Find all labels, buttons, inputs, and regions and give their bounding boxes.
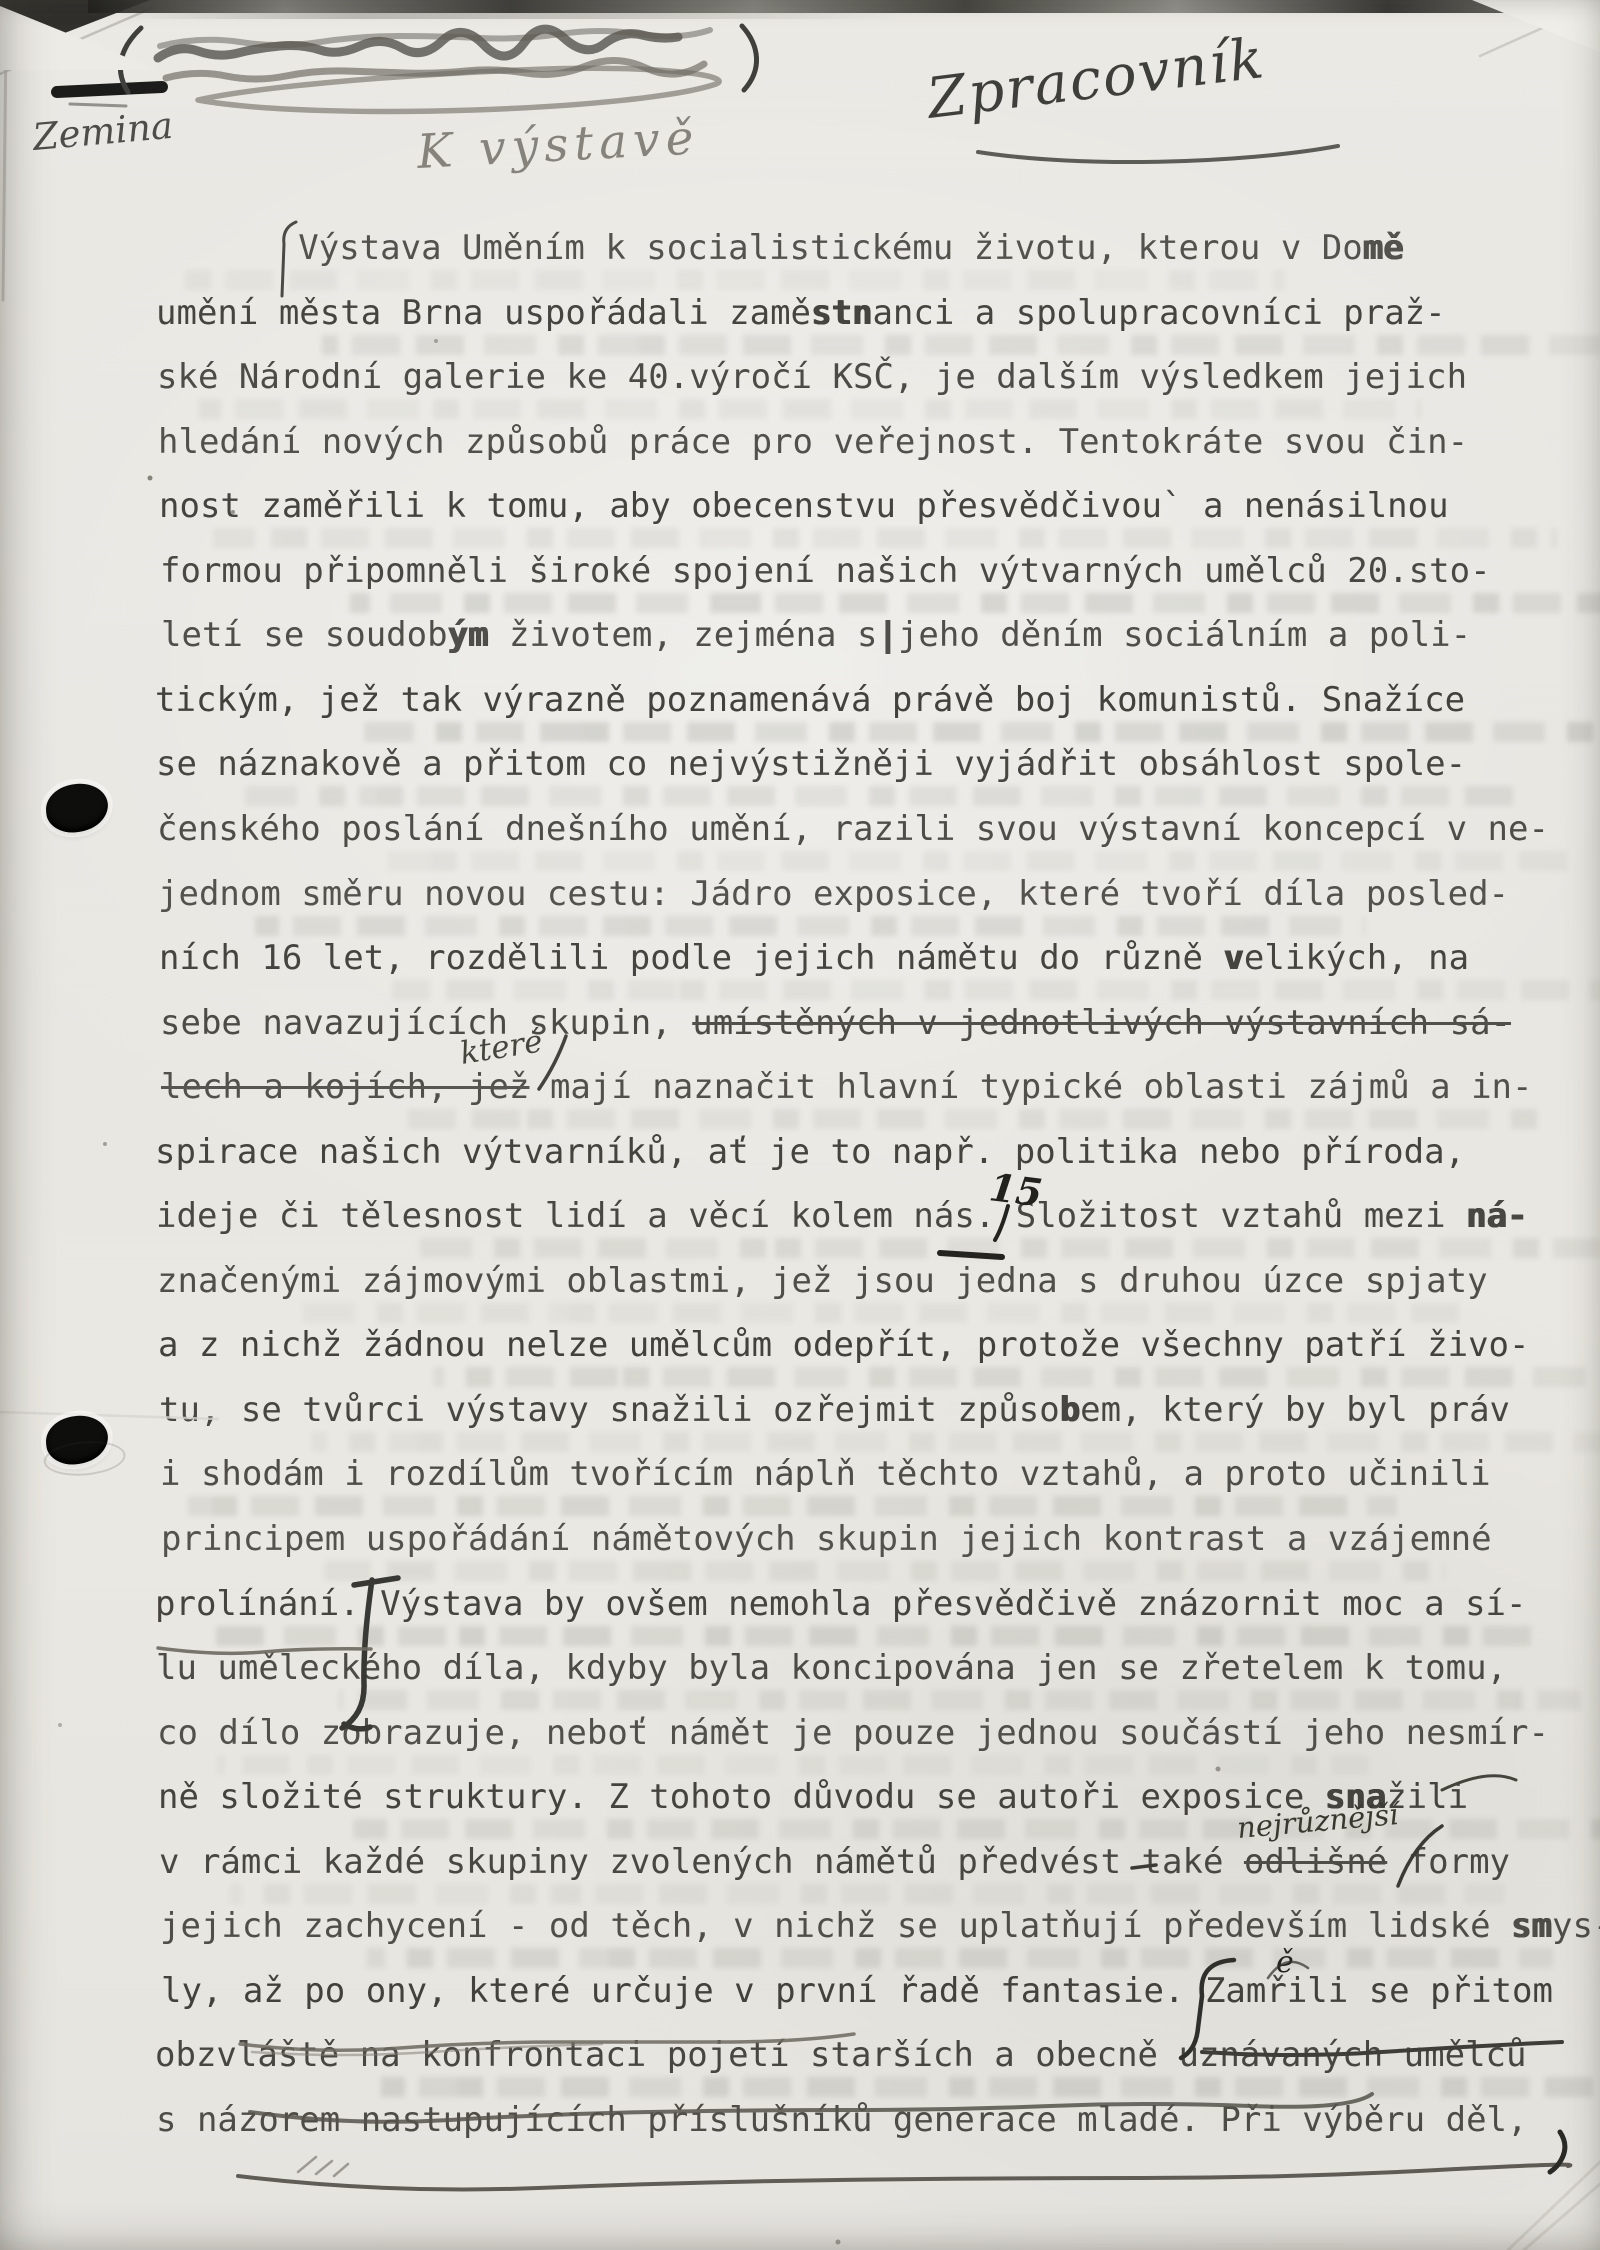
bleed-through-text	[185, 270, 1285, 290]
typescript-line: a z nichž žádnou nelze umělcům odepřít, …	[158, 1325, 1529, 1365]
bleed-through-text	[188, 1496, 1397, 1516]
typed-text: lu uměleckého díla, kdyby byla koncipová…	[156, 1648, 1507, 1688]
typed-text: a z nichž žádnou nelze umělcům odepřít, …	[158, 1325, 1529, 1365]
typescript-line: ních 16 let, rozdělili podle jejich námě…	[159, 938, 1469, 978]
bleed-through-text	[406, 1109, 1549, 1129]
typed-text: obzvláště na konfrontaci pojetí starších…	[155, 2035, 1526, 2075]
typed-text: spirace našich výtvarníků, ať je to např…	[155, 1132, 1465, 1172]
typescript-line: značenými zájmovými oblastmi, jež jsou j…	[157, 1261, 1488, 1301]
typescript-line: nost zaměřili k tomu, aby obecenstvu pře…	[159, 486, 1449, 526]
bleed-through-text	[216, 1755, 1369, 1775]
underline-hatch-ticks	[298, 2157, 348, 2176]
bleed-through-text	[364, 722, 1600, 742]
bleed-through-text	[392, 980, 1600, 1000]
bleed-through-text	[339, 1690, 1581, 1710]
bleed-through-text	[381, 2077, 1600, 2097]
scribbled-out-heading	[158, 29, 678, 58]
typescript-line: lech a kojích, jež mají naznačit hlavní …	[161, 1067, 1533, 1107]
paper-fold-top-left	[0, 6, 158, 70]
top-right-note-underline	[978, 146, 1338, 162]
overtyped-text: ná-	[1466, 1196, 1527, 1236]
typed-text: em, který by byl práv	[1080, 1390, 1510, 1430]
bleed-through-text	[378, 851, 1577, 871]
typescript-line: formou připomněli široké spojení našich …	[160, 551, 1491, 591]
overtyped-text: v	[1223, 938, 1243, 978]
bleed-through-text	[325, 1561, 1445, 1581]
typed-text: s názorem nastupujících příslušníků gene…	[156, 2100, 1527, 2140]
typescript-line: s názorem nastupujících příslušníků gene…	[156, 2100, 1527, 2140]
struck-text: lech a kojích, jež	[161, 1067, 529, 1107]
typescript-line: se náznakově a přitom co nejvýstižněji v…	[156, 744, 1466, 784]
typed-text: mají naznačit hlavní typické oblasti záj…	[529, 1067, 1532, 1107]
typed-text: i shodám i rozdílům tvořícím náplň těcht…	[160, 1454, 1491, 1494]
overtyped-text: |	[877, 615, 897, 655]
typed-text: žili	[1386, 1777, 1468, 1817]
bleed-through-text	[350, 593, 1600, 613]
typed-text: sebe navazujících skupin,	[160, 1003, 692, 1043]
underline-line30	[238, 2165, 1570, 2190]
punch-hole-bottom	[44, 1413, 110, 1466]
close-paren-stroke	[742, 26, 757, 90]
bleed-through-text	[297, 1303, 1473, 1323]
typescript-line: ně složité struktury. Z tohoto důvodu se…	[158, 1777, 1468, 1817]
struck-text: umístěných v jednotlivých výstavních sá-	[692, 1003, 1511, 1043]
typescript-line: tu, se tvůrci výstavy snažili ozřejmit z…	[159, 1390, 1510, 1430]
paper-corner-top-right	[1472, 0, 1600, 52]
typed-text: jeho děním sociálním a poli-	[898, 615, 1471, 655]
typed-text: tickým, jež tak výrazně poznamenává práv…	[155, 680, 1465, 720]
bleed-through-text	[199, 399, 1421, 419]
typescript-line: tickým, jež tak výrazně poznamenává práv…	[155, 680, 1465, 720]
bleed-through-text	[420, 1238, 1600, 1258]
typed-text: prolínání. Výstava by ovšem nemohla přes…	[155, 1584, 1526, 1624]
typescript-line: Výstava Uměním k socialistickému životu,…	[155, 228, 1404, 268]
typed-text: značenými zájmovými oblastmi, jež jsou j…	[157, 1261, 1488, 1301]
typescript-line: lu uměleckého díla, kdyby byla koncipová…	[156, 1648, 1507, 1688]
typed-text: Výstava Uměním k socialistickému životu,…	[155, 228, 1363, 268]
typescript-line: letí se soudobým životem, zejména s|jeho…	[161, 615, 1471, 655]
overtyped-text: ým	[448, 615, 489, 655]
bleed-through-text	[255, 916, 1365, 936]
bleed-through-text	[230, 1884, 1505, 1904]
typed-text: nost zaměřili k tomu, aby obecenstvu pře…	[159, 486, 1449, 526]
bleed-through-text	[202, 1626, 1533, 1646]
typescript-line: principem uspořádání námětových skupin j…	[161, 1519, 1492, 1559]
typescript-line: co dílo zobrazuje, neboť námět je pouze …	[157, 1713, 1549, 1753]
typed-text: umění města Brna uspořádali zamě	[156, 293, 811, 333]
typescript-line: v rámci každé skupiny zvolených námětů p…	[159, 1842, 1510, 1882]
typescript-line: jednom směru novou cestu: Jádro exposice…	[158, 874, 1509, 914]
typed-text: co dílo zobrazuje, neboť námět je pouze …	[157, 1713, 1549, 1753]
typed-text: ys-	[1552, 1906, 1600, 1946]
typed-text: ních 16 let, rozdělili podle jejich námě…	[159, 938, 1223, 978]
overtyped-text: mě	[1363, 228, 1404, 268]
typescript-line: prolínání. Výstava by ovšem nemohla přes…	[155, 1584, 1526, 1624]
typescript-line: spirace našich výtvarníků, ať je to např…	[155, 1132, 1465, 1172]
bleed-through-text	[322, 335, 1600, 355]
scan-top-edge-smudge	[120, 13, 900, 19]
typed-text: letí se soudob	[161, 615, 448, 655]
handwritten-top-right-note: Zpracovník	[922, 26, 1269, 132]
bleed-through-text	[241, 786, 1529, 806]
typed-text: čenského poslání dnešního umění, razili …	[157, 809, 1549, 849]
typed-text: elikých, na	[1244, 938, 1469, 978]
scanned-typescript-page: { "handwriting": { "author_name": "Zemin…	[0, 0, 1600, 2250]
typed-text: ideje či tělesnost lidí a věcí kolem nás…	[156, 1196, 1466, 1236]
typed-text: formy	[1387, 1842, 1510, 1882]
typed-text: hledání nových způsobů práce pro veřejno…	[158, 422, 1468, 462]
typescript-line: čenského poslání dnešního umění, razili …	[157, 809, 1549, 849]
handwritten-heading-note: K výstavě	[415, 110, 701, 180]
scribbled-out-heading-pass2	[160, 30, 710, 46]
typescript-line: sebe navazujících skupin, umístěných v j…	[160, 1003, 1511, 1043]
typed-text: principem uspořádání námětových skupin j…	[161, 1519, 1492, 1559]
handwritten-author-name: Zemina	[30, 104, 175, 159]
bleed-through-text	[434, 1367, 1600, 1387]
struck-text: odlišné	[1244, 1842, 1387, 1882]
scan-top-edge	[88, 0, 1600, 13]
typescript-line: umění města Brna uspořádali zaměstnanci …	[156, 293, 1446, 333]
typed-text: anci a spolupracovníci praž-	[872, 293, 1445, 333]
typed-text: ně složité struktury. Z tohoto důvodu se…	[158, 1777, 1325, 1817]
typed-text: ly, až po ony, které určuje v první řadě…	[161, 1971, 1553, 2011]
typescript-line: ideje či tělesnost lidí a věcí kolem nás…	[156, 1196, 1527, 1236]
typed-text: tu, se tvůrci výstavy snažili ozřejmit z…	[159, 1390, 1060, 1430]
typed-text: v rámci každé skupiny zvolených námětů p…	[159, 1842, 1244, 1882]
overtyped-text: sm	[1511, 1906, 1552, 1946]
bleed-through-text	[213, 528, 1557, 548]
handwritten-comma	[1550, 2132, 1565, 2172]
typed-text: jednom směru novou cestu: Jádro exposice…	[158, 874, 1509, 914]
typed-text: jejich zachycení - od těch, v nichž se u…	[160, 1906, 1511, 1946]
overtyped-text: sna	[1325, 1777, 1386, 1817]
bleed-through-text	[353, 1819, 1600, 1839]
bleed-through-text	[311, 1432, 1600, 1452]
overtyped-text: b	[1060, 1390, 1080, 1430]
typescript-line: ly, až po ony, které určuje v první řadě…	[161, 1971, 1553, 2011]
typescript-line: ské Národní galerie ke 40.výročí KSČ, je…	[157, 357, 1467, 397]
typescript-line: hledání nových způsobů práce pro veřejno…	[158, 422, 1468, 462]
typescript-line: jejich zachycení - od těch, v nichž se u…	[160, 1906, 1600, 1946]
fold-line-bottom-right	[1508, 2162, 1600, 2250]
overtyped-text: stn	[811, 293, 872, 333]
ink-blot-smudge	[70, 104, 126, 106]
scribbled-out-heading-pass3	[166, 60, 704, 79]
typescript-line: i shodám i rozdílům tvořícím náplň těcht…	[160, 1454, 1491, 1494]
typed-text: ské Národní galerie ke 40.výročí KSČ, je…	[157, 357, 1467, 397]
ink-blot-mark	[57, 87, 162, 92]
scribble-loop	[198, 68, 719, 111]
bleed-through-text	[367, 1948, 1553, 1968]
typescript-line: obzvláště na konfrontaci pojetí starších…	[155, 2035, 1526, 2075]
typed-text: životem, zejména s	[489, 615, 878, 655]
paper-edge-line	[3, 34, 6, 300]
punch-hole-top	[44, 781, 110, 834]
typed-text: formou připomněli široké spojení našich …	[160, 551, 1491, 591]
typed-text: se náznakově a přitom co nejvýstižněji v…	[156, 744, 1466, 784]
